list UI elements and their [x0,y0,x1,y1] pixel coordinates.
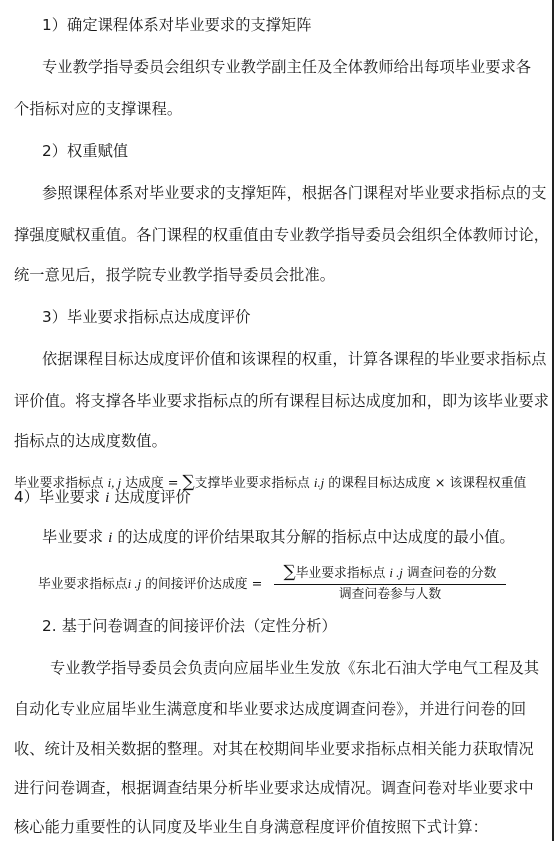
paragraph-line: 毕业要求 i 的达成度的评价结果取其分解的指标点中达成度的最小值。 [42,527,515,548]
section-heading-4: 4）毕业要求 i 达成度评价 [14,487,191,508]
fraction-denominator: 调查问卷参与人数 [274,587,506,603]
paragraph-line: 专业教学指导委员会组织专业教学副主任及全体教师给出每项毕业要求各 [42,57,531,77]
fraction-numerator: ∑毕业要求指标点 i .j 调查问卷的分数 [274,563,506,583]
section-heading-3: 3）毕业要求指标点达成度评价 [42,307,251,327]
paragraph-line: 核心能力重要性的认同度及毕业生自身满意程度评价值按照下式计算： [14,817,488,837]
section-heading-2: 2）权重赋值 [42,141,128,161]
paragraph-line: 依据课程目标达成度评价值和该课程的权重，计算各课程的毕业要求指标点 [42,349,547,369]
sigma-icon: ∑ [284,562,296,582]
paragraph-text: 的达成度的评价结果取其分解的指标点中达成度的最小值。 [112,528,514,546]
heading-text: 4）毕业要求 [14,488,105,506]
paragraph-line: 个指标对应的支撑课程。 [14,99,182,119]
formula-var: i .j [128,577,142,591]
section-heading-1: 1）确定课程体系对毕业要求的支撑矩阵 [42,15,312,35]
paragraph-line: 专业教学指导委员会负责向应届毕业生发放《东北石油大学电气工程及其 [50,658,539,678]
paragraph-line: 收、统计及相关数据的整理。对其在校期间毕业要求指标点相关能力获取情况 [14,739,534,759]
paragraph-line: 统一意见后，报学院专业教学指导委员会批准。 [14,265,335,285]
formula-rhs: 支撑毕业要求指标点 [195,476,314,491]
document-page: 1）确定课程体系对毕业要求的支撑矩阵 专业教学指导委员会组织专业教学副主任及全体… [0,0,554,841]
paragraph-line: 参照课程体系对毕业要求的支撑矩阵，根据各门课程对毕业要求指标点的支 [42,183,547,203]
formula-indirect-lhs: 毕业要求指标点i .j 的间接评价达成度 = [38,573,262,592]
formula-rhs-post: 的课程目标达成度 × 该课程权重值 [324,476,526,491]
formula-indirect-fraction: ∑毕业要求指标点 i .j 调查问卷的分数 调查问卷参与人数 [274,563,506,603]
paragraph-line: 撑强度赋权重值。各门课程的权重值由专业教学指导委员会组织全体教师讨论， [14,225,549,245]
numerator-text: 毕业要求指标点 [296,566,390,581]
paragraph-line: 自动化专业应届毕业生满意度和毕业要求达成度调查问卷》，并进行问卷的回 [14,699,526,719]
section-heading-5: 2. 基于问卷调查的间接评价法（定性分析） [42,616,337,636]
formula-var: i.j [314,476,324,490]
fraction-bar [274,584,506,585]
paragraph-line: 进行问卷调查，根据调查结果分析毕业要求达成情况。调查问卷对毕业要求中 [14,778,534,798]
formula-lhs-post: 的间接评价达成度 = [141,577,262,592]
paragraph-line: 指标点的达成度数值。 [14,431,167,451]
paragraph-text: 毕业要求 [42,528,108,546]
formula-lhs: 毕业要求指标点 [38,577,128,592]
numerator-var: i .j [389,566,403,580]
heading-text: 达成度评价 [109,488,190,506]
numerator-text: 调查问卷的分数 [403,566,497,581]
paragraph-line: 评价值。将支撑各毕业要求指标点的所有课程目标达成度加和，即为该毕业要求 [14,391,549,411]
